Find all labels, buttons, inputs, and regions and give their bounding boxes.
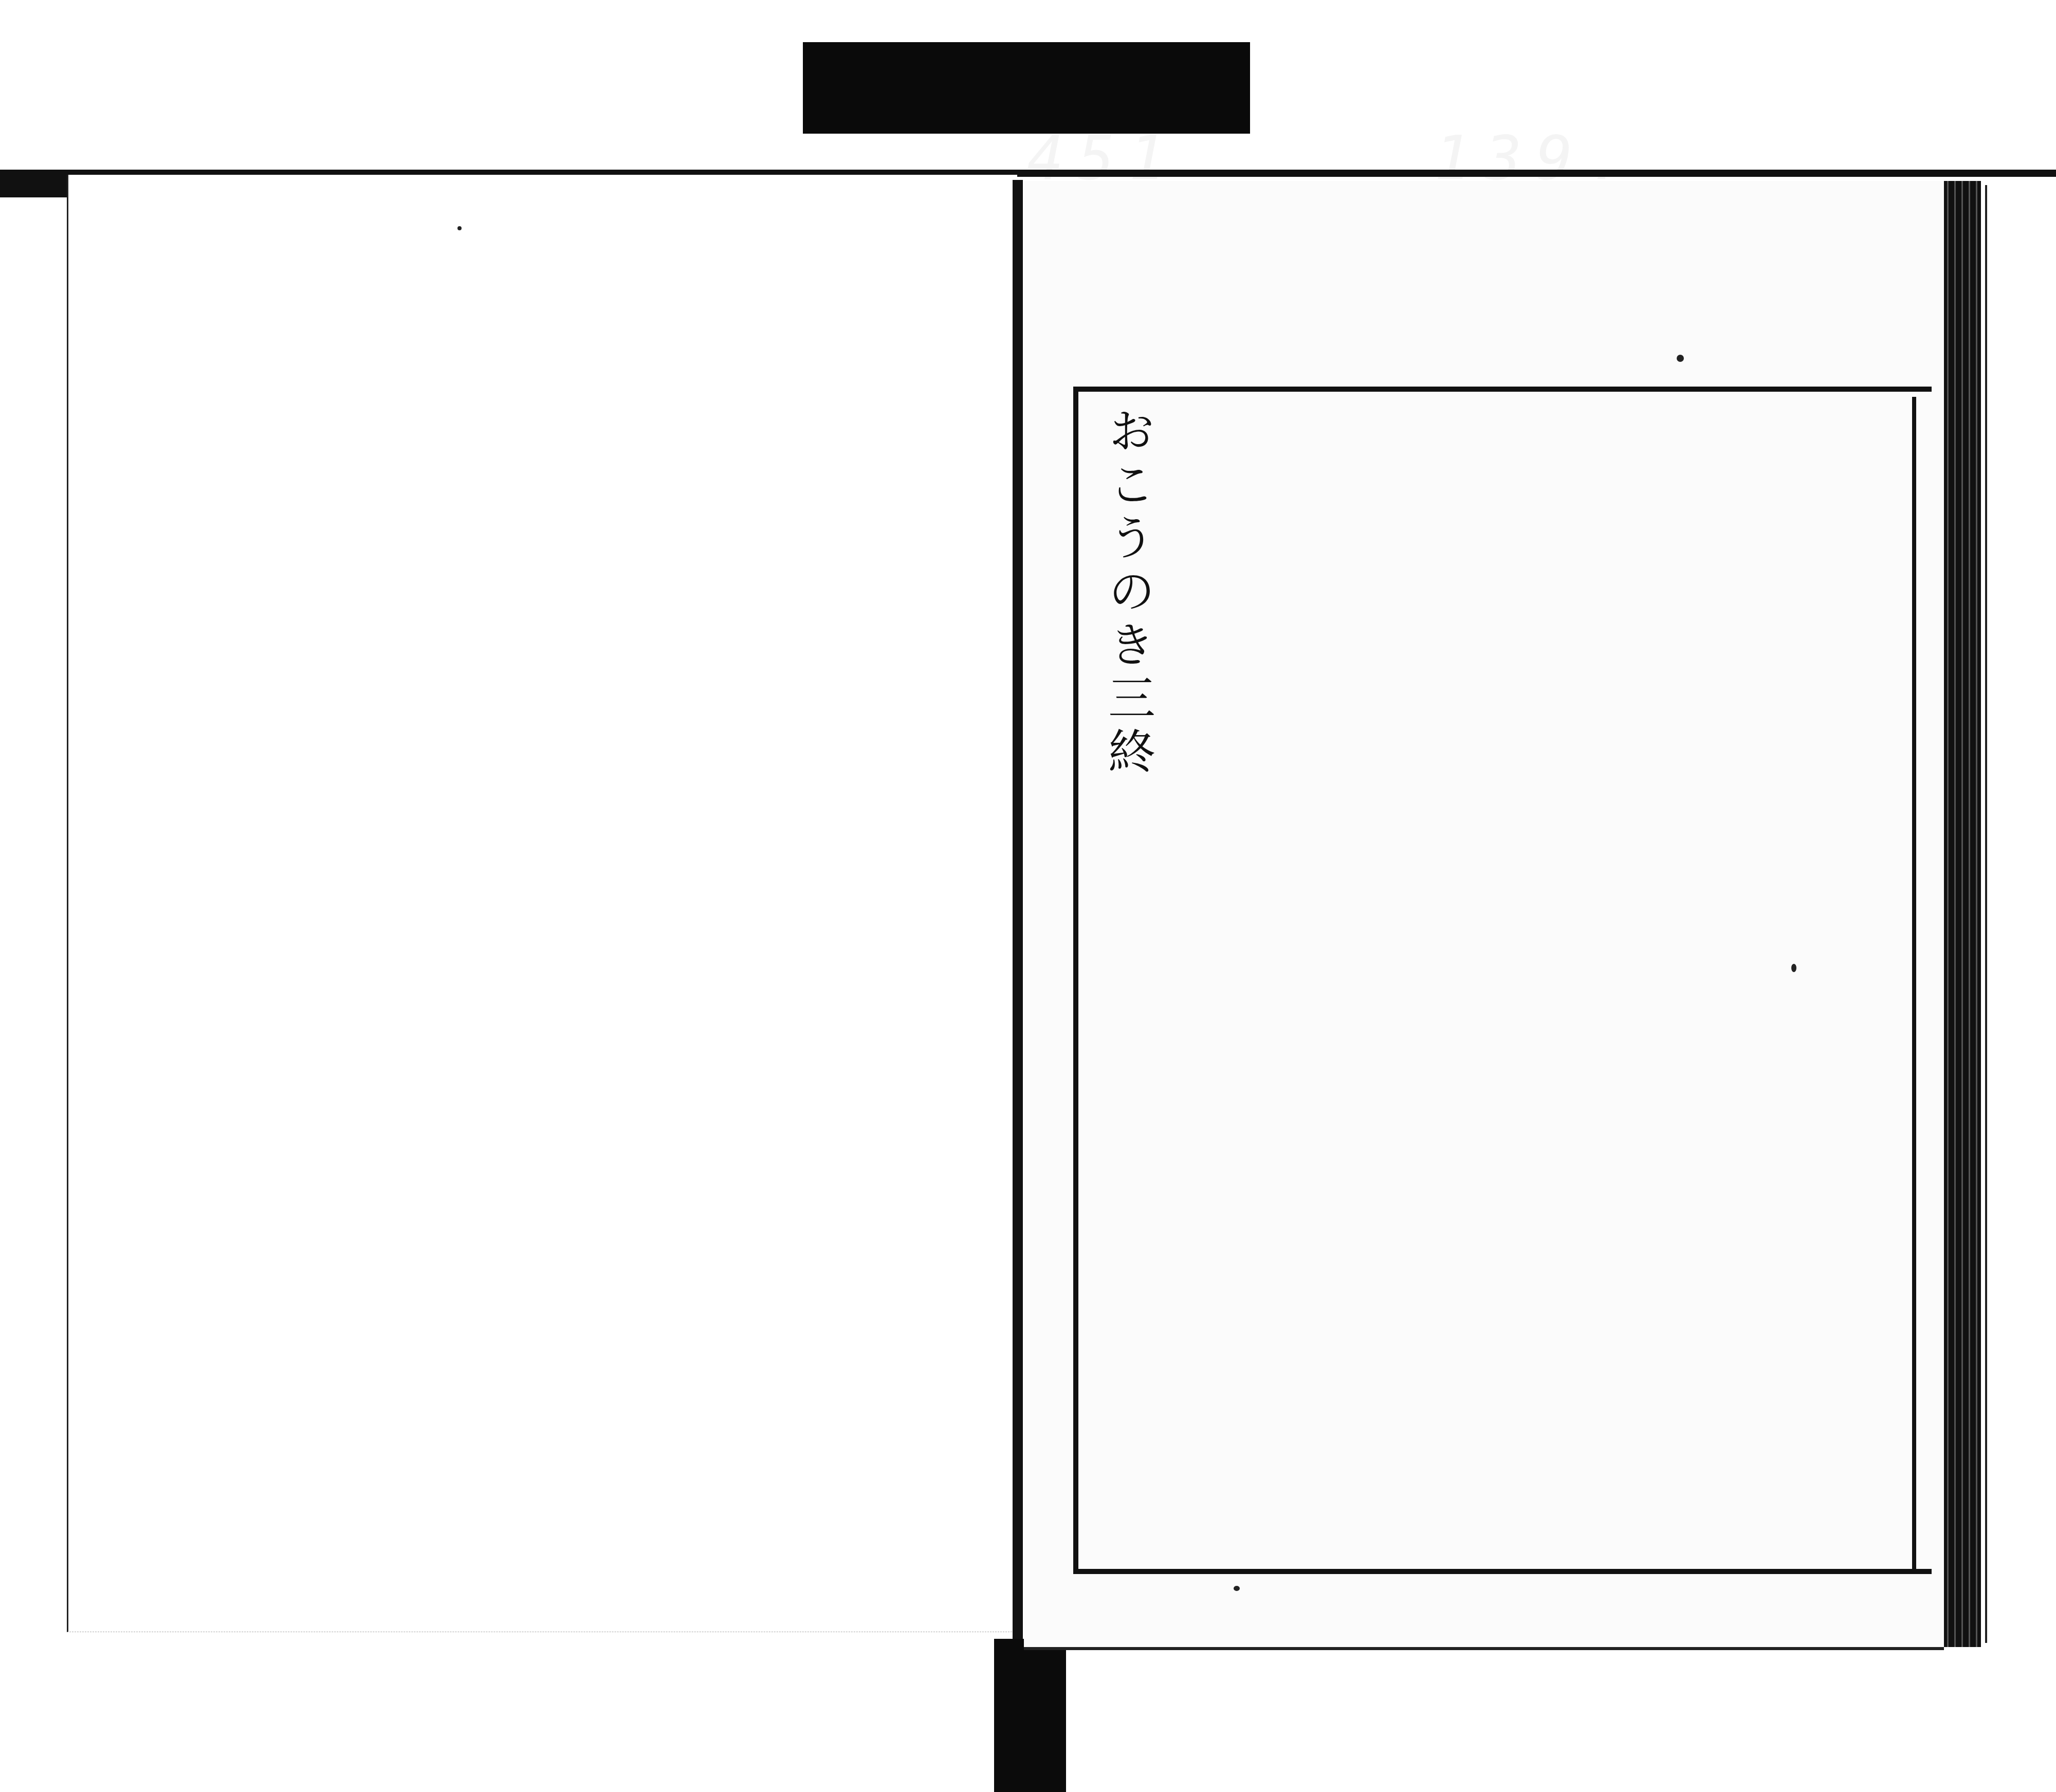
paper-speck <box>457 226 462 230</box>
film-frame-counter: 451 139. <box>803 42 1250 134</box>
spine-binding-tab <box>994 1639 1066 1792</box>
page-stack-edge <box>1944 181 1981 1647</box>
paper-speck <box>1677 355 1684 362</box>
printed-page-frame <box>1073 387 1932 1574</box>
paper-speck <box>1791 964 1796 972</box>
top-left-cover-edge <box>0 177 76 197</box>
paper-speck <box>1234 1586 1240 1591</box>
left-page-blank <box>67 175 1017 1632</box>
vertical-title-text: おこうのき三終 <box>1095 406 1151 780</box>
frame-right-rule <box>1912 397 1916 1574</box>
book-spine-gutter <box>1013 180 1023 1640</box>
page-stack-outer-line <box>1985 185 1987 1643</box>
